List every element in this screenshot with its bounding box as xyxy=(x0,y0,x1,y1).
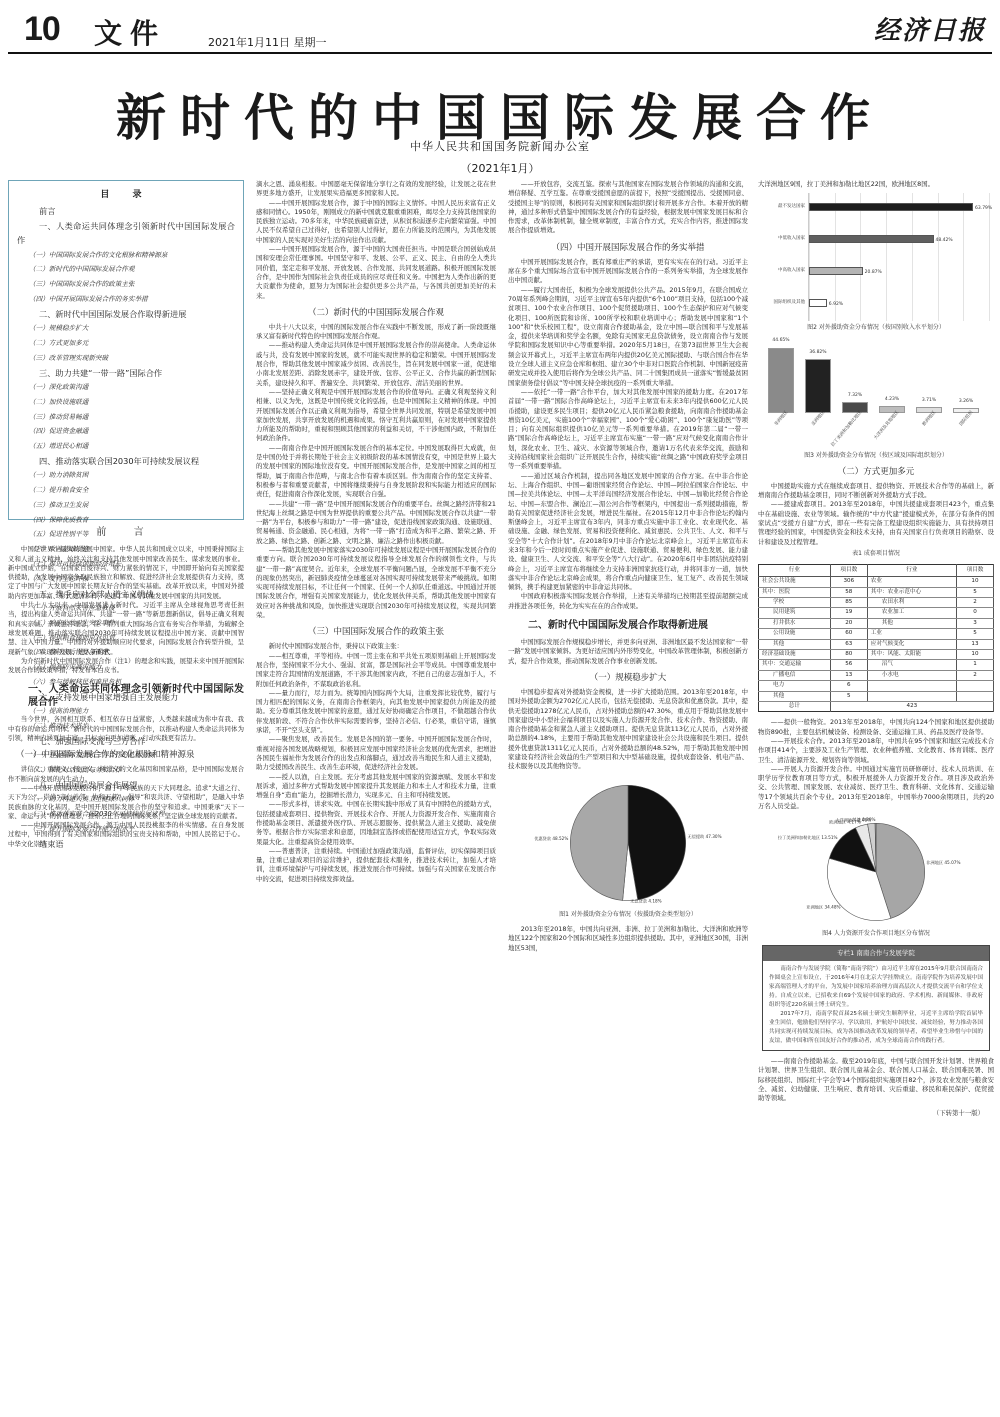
paragraph: ——援建成套项目。2013年至2018年，中国共援建成套项目423个，重点集中在… xyxy=(758,500,994,546)
column-1: 目 录 前言一、人类命运共同体理念引领新时代中国国际发展合作（一）中国国际发展合… xyxy=(8,180,244,849)
table-cell: 19 xyxy=(830,608,867,618)
toc-item: （三）改革管理实现新突破 xyxy=(17,351,235,366)
toc-item: 三、助力共建“一带一路”国际合作 xyxy=(17,366,235,380)
table-cell: 80 xyxy=(830,650,867,660)
table-cell: 打井供水 xyxy=(759,618,831,628)
subsection-heading: （一）中国国际发展合作的文化根脉和精神源泉 xyxy=(8,749,244,761)
table-cell: 其他 xyxy=(759,691,831,701)
bar-label: 中高收入国家 xyxy=(757,267,805,275)
table-cell: 3 xyxy=(956,618,993,628)
paragraph: ——开展人力资源开发合作。中国通过实施官员研修研讨、技术人员培训、在职学历学位教… xyxy=(758,765,994,811)
column-4: 大洋洲地区9国，拉丁美洲和加勒比地区22国，欧洲地区8国。 最不发达国家63.7… xyxy=(758,180,994,1119)
table-caption: 表1 成套项目情况 xyxy=(758,549,994,558)
bar-label: 最不发达国家 xyxy=(757,203,805,211)
figure-3-bar-chart: 44.65%非洲地区36.82%亚洲地区7.32%拉丁美洲和加勒比地区4.23%… xyxy=(758,339,994,460)
table-cell: 其中：农业示范中心 xyxy=(867,587,956,597)
paragraph: 大洋洲地区9国，拉丁美洲和加勒比地区22国，欧洲地区8国。 xyxy=(758,180,994,189)
table-cell: 其他 xyxy=(759,639,831,649)
table-cell xyxy=(956,691,993,701)
pie-chart-figure-1: 无偿援助 47.30%无息贷款 4.18%优惠贷款 48.52% xyxy=(513,778,743,908)
paragraph: ——履行大国责任，积极为全球发展提供公共产品。2015年9月，在联合国成立70周… xyxy=(508,286,748,388)
table-cell: 20 xyxy=(830,618,867,628)
table-row: 电力6 xyxy=(759,681,994,691)
bar-value: 63.79% xyxy=(975,204,992,213)
total-value: 423 xyxy=(830,701,993,711)
table-row: 其中：医院58其中：农业示范中心5 xyxy=(759,587,994,597)
subsection-heading: （三）中国国际发展合作的政策主张 xyxy=(256,626,496,638)
paragraph: ——形式多样，讲求实效。中国在长期实践中形成了具有中国特色的援助方式，包括援建成… xyxy=(256,800,496,846)
table-row: 打井供水20其他3 xyxy=(759,618,994,628)
bar xyxy=(809,203,973,211)
paragraph: 中国开展国际发展合作，既有郑重庄严的承诺，更有实实在在的行动。习近平主席在多个重… xyxy=(508,258,748,286)
total-label: 总计 xyxy=(759,701,831,711)
newspaper-logo: 经济日报 xyxy=(874,10,986,47)
toc-item: （一）深化政策沟通 xyxy=(17,380,235,395)
paragraph: ——中国开展国际发展合作，源于中国人民投桃报李的朴实情感。在自身发展过程中，中国… xyxy=(8,821,244,849)
table-row: 其他63应对气候变化13 xyxy=(759,639,994,649)
table-row: 其中：交通运输56沼气1 xyxy=(759,660,994,670)
paragraph: ——通过区域合作机制，提出同各地区发展中国家的合作方案。在中非合作论坛、上海合作… xyxy=(508,472,748,593)
paragraph: 新时代中国国际发展合作，秉持以下政策主张： xyxy=(256,642,496,651)
table-header: 行业 xyxy=(759,565,831,577)
table-cell xyxy=(867,681,956,691)
bar-label: 中低收入国家 xyxy=(757,235,805,243)
section-name: 文件 xyxy=(94,12,166,52)
page-number: 10 xyxy=(24,10,60,49)
toc-item: （二）方式更加多元 xyxy=(17,336,235,351)
toc-item: （一）助力消除贫困 xyxy=(17,468,235,483)
sidebar-box: 专栏1 南南合作与发展学院 南南合作与发展学院（简称“南南学院”）由习近平主席在… xyxy=(762,945,990,1051)
table-cell xyxy=(956,681,993,691)
bar-label: 国际组织及其他 xyxy=(757,299,805,307)
pie-slice xyxy=(628,785,686,899)
toc-title: 目 录 xyxy=(17,191,235,200)
table-row: 社会公共设施306农业10 xyxy=(759,577,994,587)
subsection-heading: （一）规模稳步扩大 xyxy=(508,672,748,684)
table-cell: 农业加工 xyxy=(867,608,956,618)
table-cell: 0 xyxy=(956,608,993,618)
toc-item: 一、人类命运共同体理念引领新时代中国国际发展合作 xyxy=(17,219,235,248)
bar-row: 中低收入国家48.42% xyxy=(809,235,989,243)
toc-item: （三）中国国际发展合作的政策主张 xyxy=(17,277,235,292)
article-date: （2021年1月） xyxy=(0,160,1000,176)
paragraph: 中国政府积极落实国际发展合作举措，上述有关举措均已按期甚至提前超额完成并推进各项… xyxy=(508,592,748,611)
paragraph: 为介绍新时代中国国际发展合作（注1）的理念和实践，展望未来中国开展国际发展合作的… xyxy=(8,657,244,676)
paragraph: 中国是世界上最大的发展中国家。中华人民共和国成立以来，中国秉持国际主义和人道主义… xyxy=(8,545,244,601)
paragraph: ——共建“一带一路”是中国开展国际发展合作的重要平台。丝绸之路经济带和21世纪海… xyxy=(256,500,496,546)
paragraph: ——聚焦发展，改善民生。发展是各国的第一要务。中国开展国际发展合作时，重视对接各… xyxy=(256,735,496,772)
table-row: 其他5 xyxy=(759,691,994,701)
toc-item: （四）中国开展国际发展合作的务实举措 xyxy=(17,292,235,307)
table-cell: 2 xyxy=(956,670,993,680)
toc-item: （二）提升粮食安全 xyxy=(17,483,235,498)
table-cell: 民用建筑 xyxy=(759,608,831,618)
paragraph: ——量力而行，尽力而为。统筹国内国际两个大局，注重发挥比较优势，履行与国力相匹配… xyxy=(256,689,496,735)
table-cell: 2 xyxy=(956,598,993,608)
paragraph: ——依托“一带一路”合作平台，加大对其他发展中国家的援助力度。在2017年首届“… xyxy=(508,388,748,472)
table-header: 项目数 xyxy=(956,565,993,577)
table-cell: 13 xyxy=(830,670,867,680)
bar xyxy=(809,299,827,307)
toc-item: （一）规模稳步扩大 xyxy=(17,321,235,336)
bar-value: 7.32% xyxy=(838,391,872,400)
bar xyxy=(809,267,863,275)
table-cell: 5 xyxy=(956,587,993,597)
figure-caption: 图1 对外援助资金分布情况（按援助资金类型划分） xyxy=(508,910,748,919)
paragraph: 2017年7月，南南学院首届25名硕士研究生顺利毕业，习近平主席给学院首届毕业生… xyxy=(769,1010,983,1046)
table-cell: 10 xyxy=(956,650,993,660)
table-cell: 广播电信 xyxy=(759,670,831,680)
table-header: 行业 xyxy=(867,565,956,577)
subsection-heading: （二）新时代的中国国际发展合作观 xyxy=(256,307,496,319)
table-cell: 85 xyxy=(830,598,867,608)
toc-item: （四）保障优质教育 xyxy=(17,513,235,528)
paragraph: ——相互尊重，平等相待。中国一贯主张在和平共处五项原则基础上开展国际发展合作，坚… xyxy=(256,652,496,689)
table-cell: 60 xyxy=(830,629,867,639)
pie-slice xyxy=(570,785,628,900)
table-cell xyxy=(867,691,956,701)
table-1-complete-projects: 行业项目数行业项目数社会公共设施306农业10其中：医院58其中：农业示范中心5… xyxy=(758,564,994,712)
paragraph: ——坚持正确义利观是中国开展国际发展合作的价值导向。正确义利观坚持义利相兼、以义… xyxy=(256,388,496,444)
table-cell: 农田水利 xyxy=(867,598,956,608)
table-cell: 63 xyxy=(830,639,867,649)
bar-row: 最不发达国家63.79% xyxy=(809,203,989,211)
pie-label: 优惠贷款 48.52% xyxy=(534,835,568,842)
paragraph: 滴水之恩、涌泉相报。中国愿毫无保留地分享行之有效的发展经验，让发展之花在世界更多… xyxy=(256,180,496,199)
paragraph: ——中国开展国际发展合作，源于中华民族的天下大同理念。追求“大道之行、天下为公”… xyxy=(8,784,244,821)
continued-note: （下转第十一版） xyxy=(758,1109,994,1118)
bar xyxy=(768,348,794,413)
bar-value: 44.65% xyxy=(764,336,798,345)
table-cell: 应对气候变化 xyxy=(867,639,956,649)
table-row: 广播电信13小水电2 xyxy=(759,670,994,680)
paragraph: 中共十八大以来，中国发展进入新时代。习近平主席从全球视角思考责任担当，提出构建人… xyxy=(8,601,244,657)
toc-item: （四）促进资金融通 xyxy=(17,424,235,439)
bar-value: 48.42% xyxy=(936,236,953,245)
toc-item: （三）推动贸易畅通 xyxy=(17,410,235,425)
table-cell: 其中：医院 xyxy=(759,587,831,597)
paragraph: 当今世界，各国相互联系、相互依存日益紧密，人类越来越成为你中有我、我中有你的命运… xyxy=(8,715,244,743)
table-cell: 公用设施 xyxy=(759,629,831,639)
table-cell: 56 xyxy=(830,660,867,670)
paragraph: ——授人以渔，自主发展。充分考虑其他发展中国家的资源禀赋、发展水平和发展诉求，通… xyxy=(256,773,496,801)
subsection-heading: （二）方式更加多元 xyxy=(758,466,994,478)
paragraph: ——推动构建人类命运共同体是中国开展国际发展合作的崇高使命。人类命运休戚与共，没… xyxy=(256,341,496,387)
paragraph: ——帮助其他发展中国家落实2030年可持续发展议程是中国开展国际发展合作的重要方… xyxy=(256,546,496,620)
column-2: 滴水之恩、涌泉相报。中国愿毫无保留地分享行之有效的发展经验，让发展之花在世界更多… xyxy=(256,180,496,884)
paragraph: ——提供一般物资。2013年至2018年，中国共向124个国家和地区提供援助物资… xyxy=(758,718,994,737)
section-heading: 二、新时代中国国际发展合作取得新进展 xyxy=(508,619,748,632)
table-cell: 沼气 xyxy=(867,660,956,670)
pie-chart-figure-4: 非洲地区 45.07%亚洲地区 34.48%拉丁美洲和加勒比地区 13.51%欧… xyxy=(766,817,986,927)
table-row: 学校85农田水利2 xyxy=(759,598,994,608)
table-cell: 电力 xyxy=(759,681,831,691)
table-cell: 其中：交通运输 xyxy=(759,660,831,670)
bar xyxy=(809,235,934,243)
paragraph: 中国援助实施方式在继续成套项目、提供物资、开展技术合作等的基础上，新增南南合作援… xyxy=(758,482,994,501)
subsection-heading: （四）中国开展国际发展合作的务实举措 xyxy=(508,242,748,254)
table-cell: 13 xyxy=(956,639,993,649)
bar-value: 36.82% xyxy=(801,348,835,357)
bar-row: 中高收入国家20.87% xyxy=(809,267,989,275)
table-cell: 社会公共设施 xyxy=(759,577,831,587)
table-row: 公用设施60工业5 xyxy=(759,629,994,639)
table-cell: 农业 xyxy=(867,577,956,587)
toc-item: 前言 xyxy=(17,204,235,218)
figure-caption: 图4 人力资源开发合作项目地区分布情况 xyxy=(758,929,994,938)
bar-value: 6.92% xyxy=(829,300,843,309)
issue-date: 2021年1月11日 星期一 xyxy=(208,34,327,50)
bar-value: 4.23% xyxy=(875,395,909,404)
pie-label: 非洲地区 45.07% xyxy=(926,859,960,866)
paragraph: ——开展技术合作。2013年至2018年，中国共在95个国家和地区完成技术合作项… xyxy=(758,737,994,765)
pie-label: 亚洲地区 34.48% xyxy=(806,904,840,911)
figure-4-pie-chart: 非洲地区 45.07%亚洲地区 34.48%拉丁美洲和加勒比地区 13.51%欧… xyxy=(758,817,994,938)
table-cell: 1 xyxy=(956,660,993,670)
toc-item: 四、推动落实联合国2030年可持续发展议程 xyxy=(17,454,235,468)
table-row: 经济基础设施80其中：风能、太阳能10 xyxy=(759,650,994,660)
toc-item: （五）增进民心相通 xyxy=(17,439,235,454)
table-row: 民用建筑19农业加工0 xyxy=(759,608,994,618)
bar-value: 20.87% xyxy=(865,268,882,277)
table-cell: 学校 xyxy=(759,598,831,608)
table-header: 项目数 xyxy=(830,565,867,577)
paragraph: 中国国际发展合作规模稳步增长，并更多向亚洲、非洲地区最不发达国家和“一带一路”发… xyxy=(508,638,748,666)
figure-2-bar-chart: 最不发达国家63.79%中低收入国家48.42%中高收入国家20.87%国际组织… xyxy=(758,193,994,332)
bar-row: 国际组织及其他6.92% xyxy=(809,299,989,307)
table-cell: 其中：风能、太阳能 xyxy=(867,650,956,660)
table-cell: 其他 xyxy=(867,618,956,628)
pie-label: 拉丁美洲和加勒比地区 13.51% xyxy=(778,834,838,841)
pie-label: 无偿援助 47.30% xyxy=(688,833,722,840)
bar-value: 3.26% xyxy=(949,397,983,406)
table-cell: 306 xyxy=(830,577,867,587)
pie-label: 无息贷款 4.18% xyxy=(630,897,661,904)
table-cell: 工业 xyxy=(867,629,956,639)
table-cell: 58 xyxy=(830,587,867,597)
figure-caption: 图2 对外援助资金分布情况（按国别收入水平划分） xyxy=(758,323,994,332)
table-of-contents: 目 录 前言一、人类命运共同体理念引领新时代中国国际发展合作（一）中国国际发展合… xyxy=(8,180,244,520)
paragraph: 中国稳步提高对外援助资金规模，进一步扩大援助范围。2013年至2018年，中国对… xyxy=(508,688,748,772)
paragraph: ——南南合作是中国开展国际发展合作的基本定位。中国发展取得巨大成就，但是中国仍处… xyxy=(256,444,496,500)
table-cell: 5 xyxy=(956,629,993,639)
paragraph: 中共十八大以来，中国的国际发展合作在实践中不断发展，形成了新一阶段既继承又富有新… xyxy=(256,323,496,342)
paragraph: 2013年至2018年，中国共向亚洲、非洲、拉丁美洲和加勒比、大洋洲和欧洲等地区… xyxy=(508,925,748,953)
box-title: 专栏1 南南合作与发展学院 xyxy=(763,946,989,961)
masthead: 10 文件 2021年1月11日 星期一 经济日报 xyxy=(8,4,992,54)
table-cell: 6 xyxy=(830,681,867,691)
toc-item: （二）加快设施联通 xyxy=(17,395,235,410)
figure-1-pie-chart: 无偿援助 47.30%无息贷款 4.18%优惠贷款 48.52% 图1 对外援助… xyxy=(508,778,748,919)
paragraph: ——中国开展国际发展合作，源于中国的国际主义情怀。中国人民历来富有正义感和同情心… xyxy=(256,199,496,245)
table-cell: 10 xyxy=(956,577,993,587)
bar xyxy=(805,359,831,413)
paragraph: ——普惠普济，注重持续。中国通过加强政策沟通，监督评估，切实保障项目质量，注重已… xyxy=(256,847,496,884)
column-3: ——开放包容，交流互鉴。探索与其他国家在国际发展合作领域的沟通和交流，增信释疑、… xyxy=(508,180,748,953)
article-byline: 中华人民共和国国务院新闻办公室 xyxy=(0,138,1000,154)
bar-value: 3.71% xyxy=(912,396,946,405)
table-cell: 小水电 xyxy=(867,670,956,680)
table-cell: 5 xyxy=(830,691,867,701)
toc-item: （二）新时代的中国国际发展合作观 xyxy=(17,262,235,277)
paragraph: ——中国开展国际发展合作，源于中国的大国责任担当。中国是联合国创始成员国和安理会… xyxy=(256,245,496,301)
paragraph: ——开放包容，交流互鉴。探索与其他国家在国际发展合作领域的沟通和交流，增信释疑、… xyxy=(508,180,748,236)
toc-item: 二、新时代中国国际发展合作取得新进展 xyxy=(17,307,235,321)
toc-item: （一）中国国际发展合作的文化根脉和精神源泉 xyxy=(17,248,235,263)
paragraph: ——南南合作援助基金。截至2019年底，中国与联合国开发计划署、世界粮食计划署、… xyxy=(758,1057,994,1103)
table-cell: 经济基础设施 xyxy=(759,650,831,660)
paragraph: 南南合作与发展学院（简称“南南学院”）由习近平主席在2015年9月联合国南南合作… xyxy=(769,965,983,1010)
toc-item: （三）推动卫生发展 xyxy=(17,498,235,513)
